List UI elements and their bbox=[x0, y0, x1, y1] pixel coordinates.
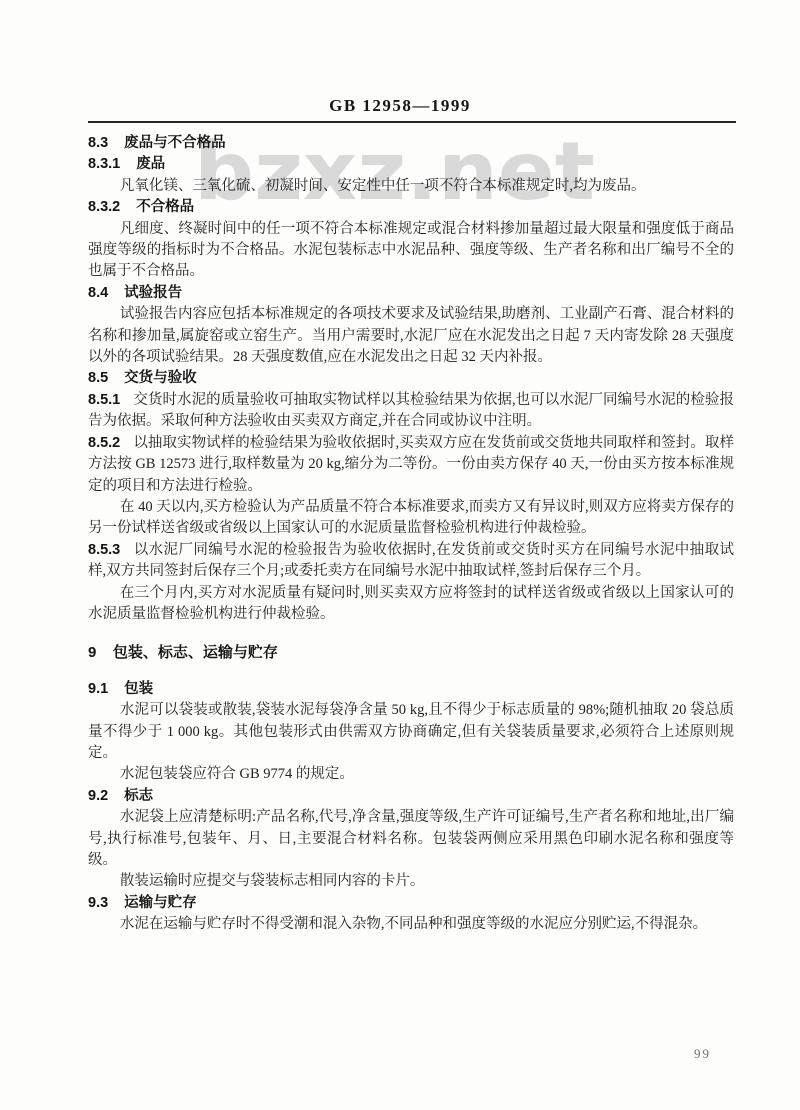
clause-number: 8.3 bbox=[88, 135, 108, 151]
page-number: 99 bbox=[694, 1046, 711, 1062]
clause-heading-8-3-2: 8.3.2不合格品 bbox=[88, 197, 734, 218]
clause-heading-8-4: 8.4试验报告 bbox=[88, 283, 734, 304]
clause-heading-8-5: 8.5交货与验收 bbox=[88, 368, 734, 389]
clause-title: 废品与不合格品 bbox=[124, 135, 226, 151]
clause-number: 8.3.2 bbox=[88, 199, 120, 215]
document-page: bzxz.net GB 12958—1999 8.3废品与不合格品 8.3.1废… bbox=[0, 0, 800, 1110]
clause-number: 9.2 bbox=[88, 788, 108, 804]
clause-heading-9-1: 9.1包装 bbox=[88, 679, 734, 700]
clause-paragraph-8-5-1: 8.5.1交货时水泥的质量验收可抽取实物试样以其检验结果为依据,也可以水泥厂同编… bbox=[88, 390, 734, 433]
paragraph: 在三个月内,买方对水泥质量有疑问时,则买卖双方应将签封的试样送省级或省级以上国家… bbox=[88, 583, 734, 626]
clause-title: 废品 bbox=[136, 156, 165, 172]
paragraph: 试验报告内容应包括本标准规定的各项技术要求及试验结果,助磨剂、工业副产石膏、混合… bbox=[88, 304, 734, 368]
clause-paragraph-8-5-3: 8.5.3以水泥厂同编号水泥的检验报告为验收依据时,在发货前或交货时买方在同编号… bbox=[88, 540, 734, 583]
clause-title: 试验报告 bbox=[124, 285, 182, 301]
clause-title: 标志 bbox=[124, 788, 153, 804]
clause-paragraph-8-5-2: 8.5.2以抽取实物试样的检验结果为验收依据时,买卖双方应在发货前或交货地共同取… bbox=[88, 433, 734, 497]
clause-title: 不合格品 bbox=[136, 199, 194, 215]
clause-number: 8.5.2 bbox=[88, 435, 120, 451]
clause-number: 8.5.1 bbox=[88, 392, 120, 408]
section-heading-9: 9包装、标志、运输与贮存 bbox=[88, 642, 734, 663]
paragraph: 水泥包装袋应符合 GB 9774 的规定。 bbox=[88, 764, 734, 785]
clause-heading-8-3: 8.3废品与不合格品 bbox=[88, 133, 734, 154]
clause-number: 9.1 bbox=[88, 681, 108, 697]
clause-number: 9.3 bbox=[88, 895, 108, 911]
paragraph: 水泥在运输与贮存时不得受潮和混入杂物,不同品种和强度等级的水泥应分别贮运,不得混… bbox=[88, 914, 734, 935]
document-body: 8.3废品与不合格品 8.3.1废品 凡氧化镁、三氧化硫、初凝时间、安定性中任一… bbox=[88, 133, 734, 936]
standard-number-header: GB 12958—1999 bbox=[0, 96, 800, 116]
section-number: 9 bbox=[88, 644, 96, 661]
paragraph: 水泥可以袋装或散装,袋装水泥每袋净含量 50 kg,且不得少于标志质量的 98%… bbox=[88, 700, 734, 764]
section-title: 包装、标志、运输与贮存 bbox=[113, 644, 278, 661]
clause-text: 交货时水泥的质量验收可抽取实物试样以其检验结果为依据,也可以水泥厂同编号水泥的检… bbox=[88, 392, 734, 429]
clause-number: 8.5.3 bbox=[88, 542, 120, 558]
clause-heading-9-3: 9.3运输与贮存 bbox=[88, 893, 734, 914]
header-rule bbox=[88, 121, 736, 123]
clause-title: 交货与验收 bbox=[124, 370, 197, 386]
paragraph: 水泥袋上应清楚标明:产品名称,代号,净含量,强度等级,生产许可证编号,生产者名称… bbox=[88, 807, 734, 871]
clause-number: 8.4 bbox=[88, 285, 108, 301]
clause-title: 运输与贮存 bbox=[124, 895, 197, 911]
paragraph: 在 40 天以内,买方检验认为产品质量不符合本标准要求,而卖方又有异议时,则双方… bbox=[88, 497, 734, 540]
paragraph: 散装运输时应提交与袋装标志相同内容的卡片。 bbox=[88, 871, 734, 892]
paragraph: 凡细度、终凝时间中的任一项不符合本标准规定或混合材料掺加量超过最大限量和强度低于… bbox=[88, 219, 734, 283]
clause-text: 以抽取实物试样的检验结果为验收依据时,买卖双方应在发货前或交货地共同取样和签封。… bbox=[88, 435, 734, 494]
clause-text: 以水泥厂同编号水泥的检验报告为验收依据时,在发货前或交货时买方在同编号水泥中抽取… bbox=[88, 542, 734, 579]
paragraph: 凡氧化镁、三氧化硫、初凝时间、安定性中任一项不符合本标准规定时,均为废品。 bbox=[88, 176, 734, 197]
clause-title: 包装 bbox=[124, 681, 153, 697]
clause-number: 8.3.1 bbox=[88, 156, 120, 172]
clause-number: 8.5 bbox=[88, 370, 108, 386]
clause-heading-8-3-1: 8.3.1废品 bbox=[88, 154, 734, 175]
clause-heading-9-2: 9.2标志 bbox=[88, 786, 734, 807]
